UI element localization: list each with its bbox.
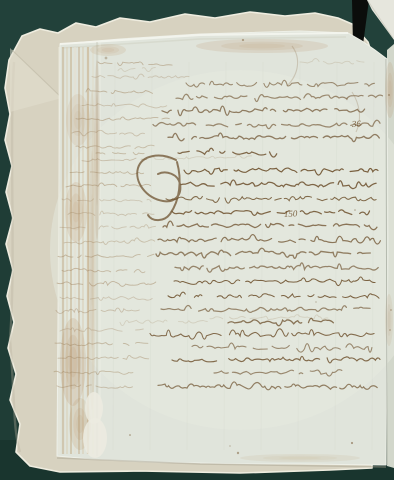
- foxing-speck: [129, 434, 131, 436]
- legible-numeral: 36: [351, 119, 362, 130]
- foxing-speck: [237, 452, 239, 454]
- foxing-speck: [354, 209, 356, 211]
- legible-numeral: 150: [284, 208, 299, 219]
- torn-paper-patch: [85, 392, 103, 424]
- foxing-speck: [315, 301, 317, 303]
- foxing-speck: [388, 94, 390, 96]
- foxing-speck: [351, 442, 353, 444]
- stain-blob: [76, 415, 84, 433]
- scene-canvas: 15036: [0, 0, 394, 480]
- foxing-speck: [390, 309, 392, 311]
- stain-blob: [72, 202, 80, 223]
- torn-paper-patch: [83, 418, 107, 458]
- stain-blob: [239, 44, 285, 49]
- foxing-speck: [242, 39, 244, 41]
- stain-blob: [388, 80, 392, 100]
- manuscript-photo: 15036 Archival photograph of a handwritt…: [0, 0, 394, 480]
- stain-blob: [91, 194, 94, 306]
- stack-edge-line: [59, 47, 60, 454]
- foxing-speck: [229, 445, 231, 447]
- foxing-speck: [105, 57, 108, 60]
- stack-edge-line: [63, 47, 64, 454]
- stain-blob: [74, 111, 82, 129]
- stain-blob: [102, 48, 115, 52]
- stain-blob: [388, 311, 391, 329]
- foxing-speck: [346, 98, 348, 100]
- stain-blob: [279, 457, 321, 460]
- foxing-speck: [389, 329, 391, 331]
